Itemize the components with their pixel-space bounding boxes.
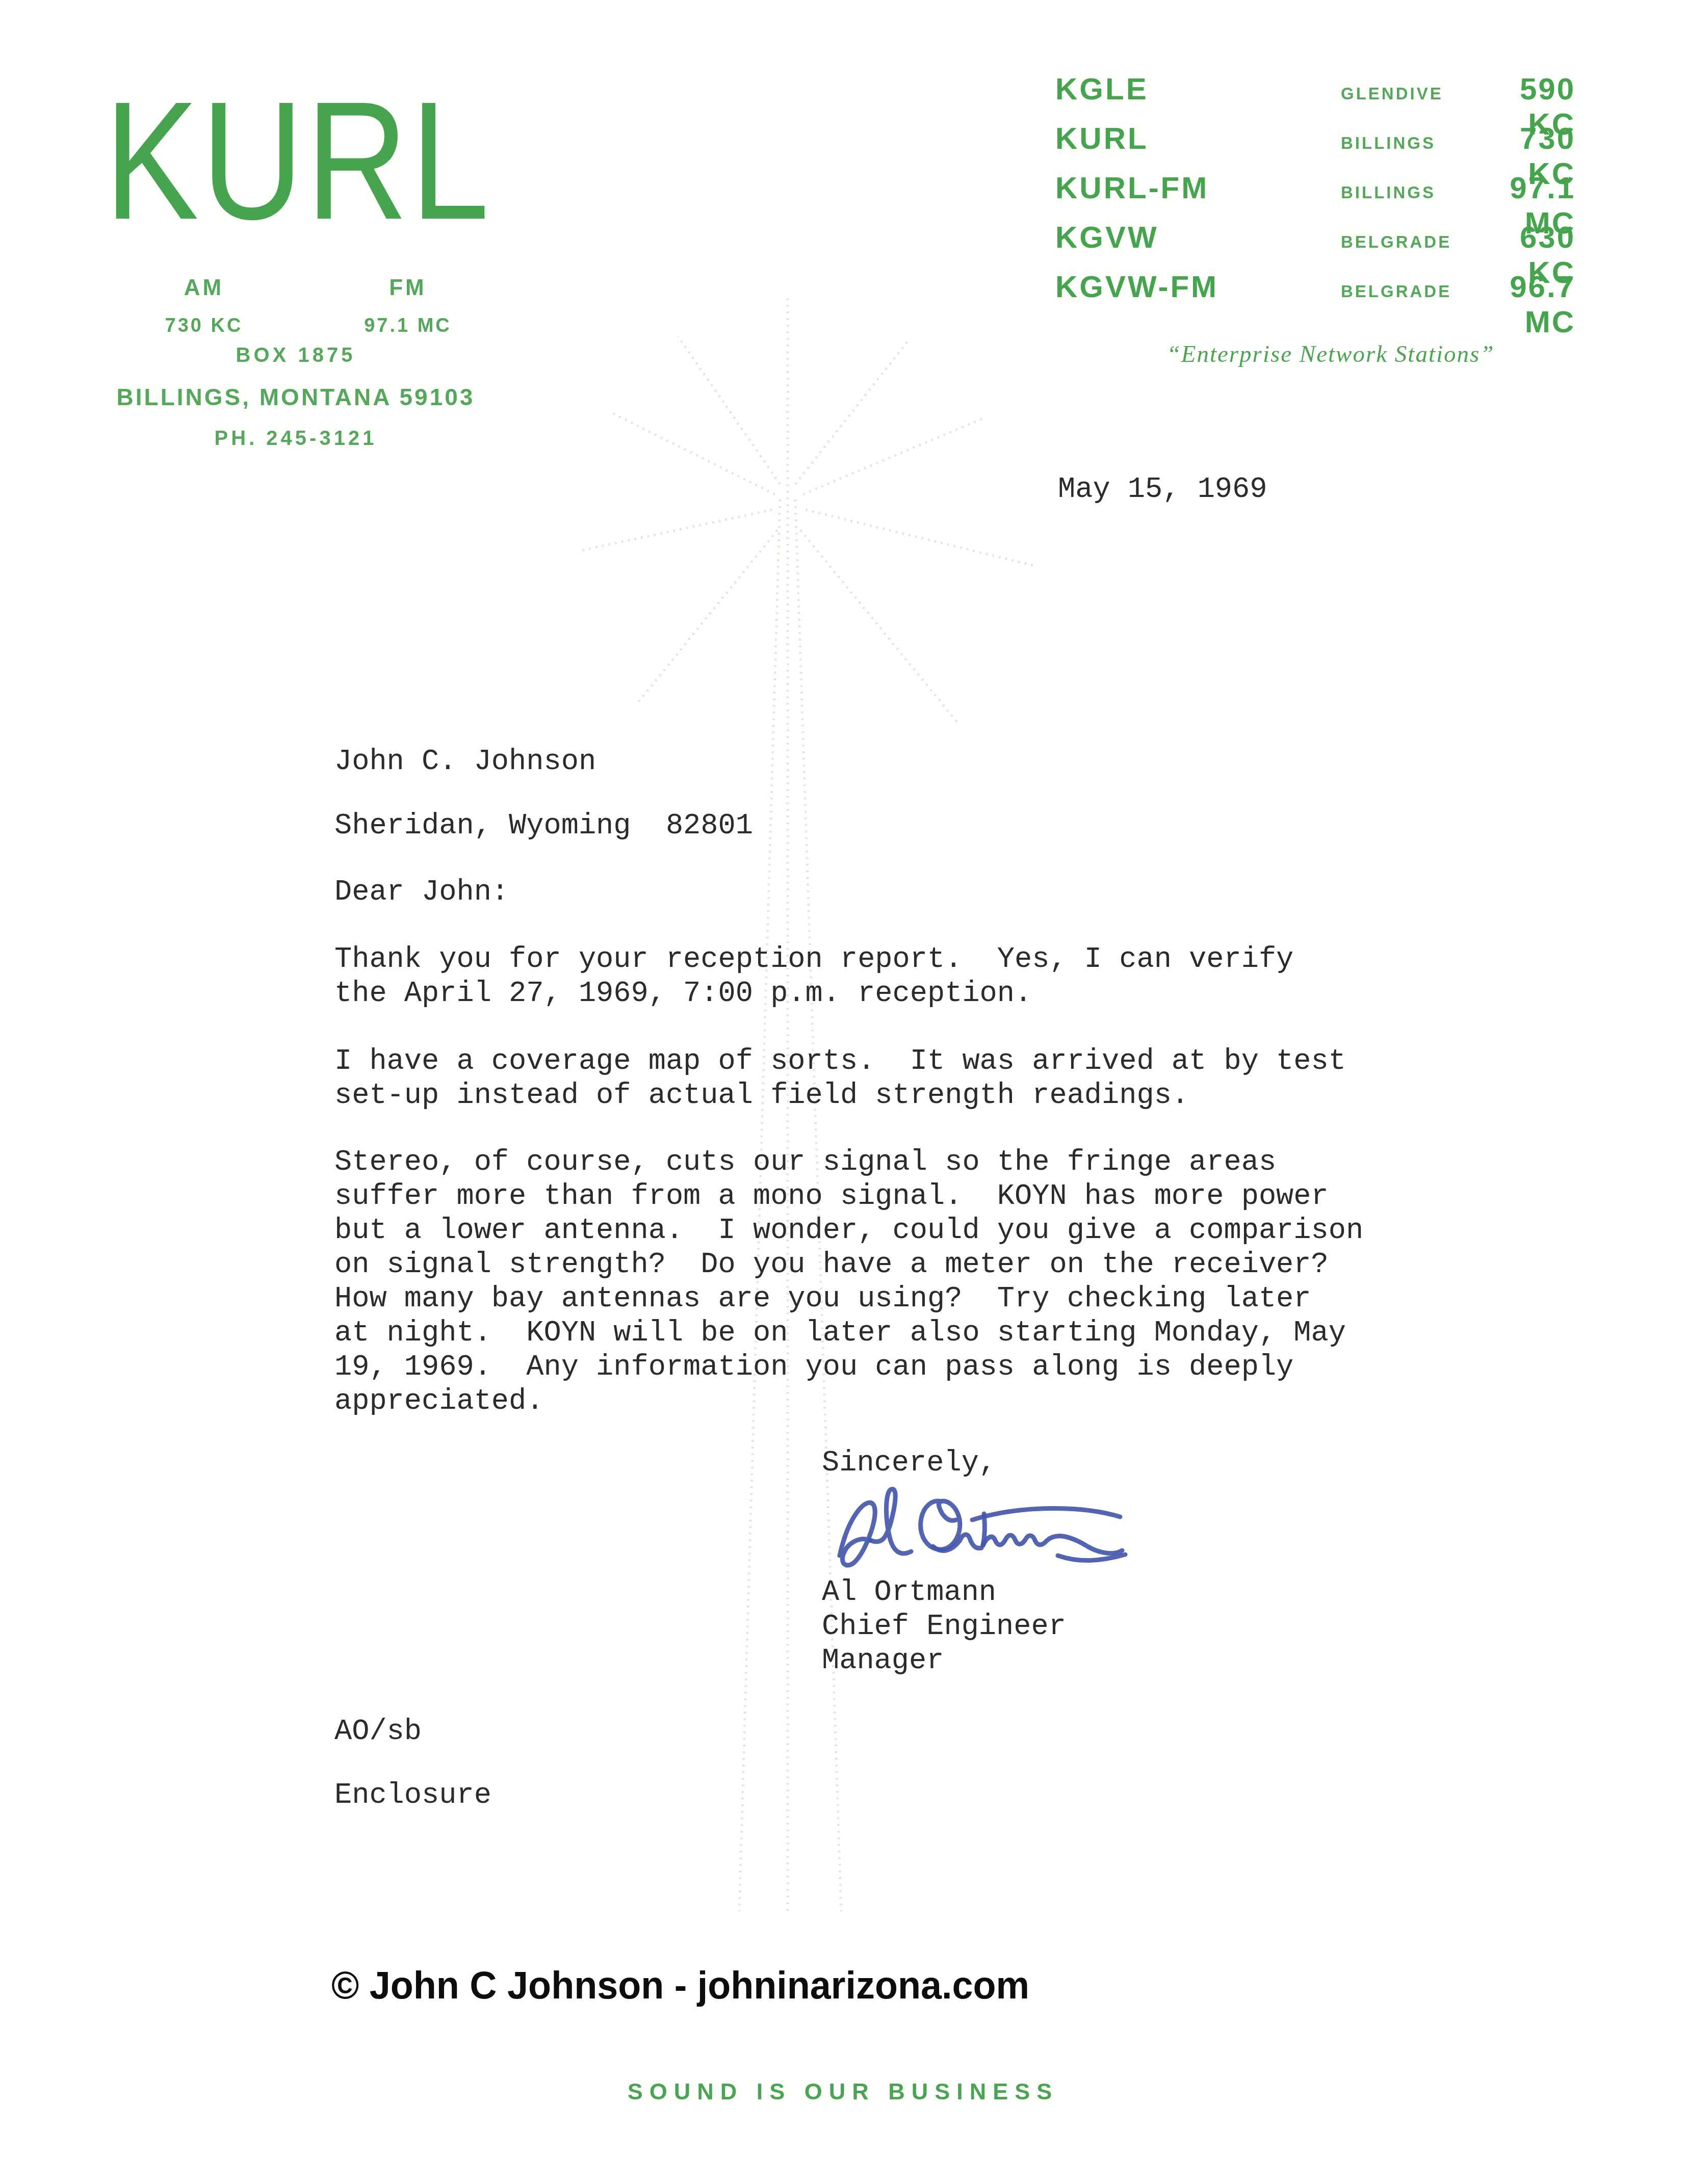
signer-title-2: Manager [822,1644,944,1678]
copyright-line: © John C Johnson - johninarizona.com [331,1963,1029,2008]
letter-date: May 15, 1969 [1058,473,1267,507]
fm-frequency: 97.1 MC [331,315,484,337]
signer-name: Al Ortmann [822,1576,996,1610]
reference-initials: AO/sb [334,1715,422,1749]
station-call: KURL-FM [1055,170,1341,205]
recipient-address: Sheridan, Wyoming 82801 [334,809,753,844]
signer-title-1: Chief Engineer [822,1610,1066,1644]
band-labels: AM 730 KC FM 97.1 MC [127,275,484,337]
station-row: KURL-FM BILLINGS 97.1 MC [1055,170,1575,220]
station-list: KGLE GLENDIVE 590 KC KURL BILLINGS 730 K… [1055,71,1575,319]
network-tagline: “Enterprise Network Stations” [1081,340,1580,368]
station-row: KGVW-FM BELGRADE 96.7 MC [1055,269,1575,319]
station-slogan: SOUND IS OUR BUSINESS [0,2078,1686,2105]
body-paragraph-1: Thank you for your reception report. Yes… [334,943,1456,1011]
am-frequency: 730 KC [127,315,280,337]
station-city: BELGRADE [1341,282,1473,301]
station-frequency: 96.7 MC [1473,269,1575,339]
station-row: KGVW BELGRADE 630 KC [1055,220,1575,269]
station-row: KURL BILLINGS 730 KC [1055,121,1575,170]
station-city: BELGRADE [1341,232,1473,252]
salutation: Dear John: [334,876,509,910]
body-paragraph-2: I have a coverage map of sorts. It was a… [334,1045,1456,1113]
station-row: KGLE GLENDIVE 590 KC [1055,71,1575,121]
station-call: KGVW-FM [1055,269,1341,304]
station-call: KGLE [1055,71,1341,107]
am-band: AM 730 KC [127,275,280,337]
station-city-line: BILLINGS, MONTANA 59103 [76,383,515,411]
enclosure-note: Enclosure [334,1779,491,1813]
kurl-logo: KURL [105,76,490,245]
station-call: KGVW [1055,220,1341,255]
letter-page: KURL AM 730 KC FM 97.1 MC BOX 1875 BILLI… [0,0,1686,2184]
recipient-name: John C. Johnson [334,745,596,779]
po-box: BOX 1875 [117,344,474,367]
fm-label: FM [331,275,484,301]
station-call: KURL [1055,121,1341,156]
fm-band: FM 97.1 MC [331,275,484,337]
signature-image [808,1473,1134,1590]
station-city: BILLINGS [1341,134,1473,153]
station-city: BILLINGS [1341,183,1473,202]
station-city: GLENDIVE [1341,84,1473,103]
station-phone: PH. 245-3121 [117,427,474,450]
body-paragraph-3: Stereo, of course, cuts our signal so th… [334,1146,1482,1419]
am-label: AM [127,275,280,301]
